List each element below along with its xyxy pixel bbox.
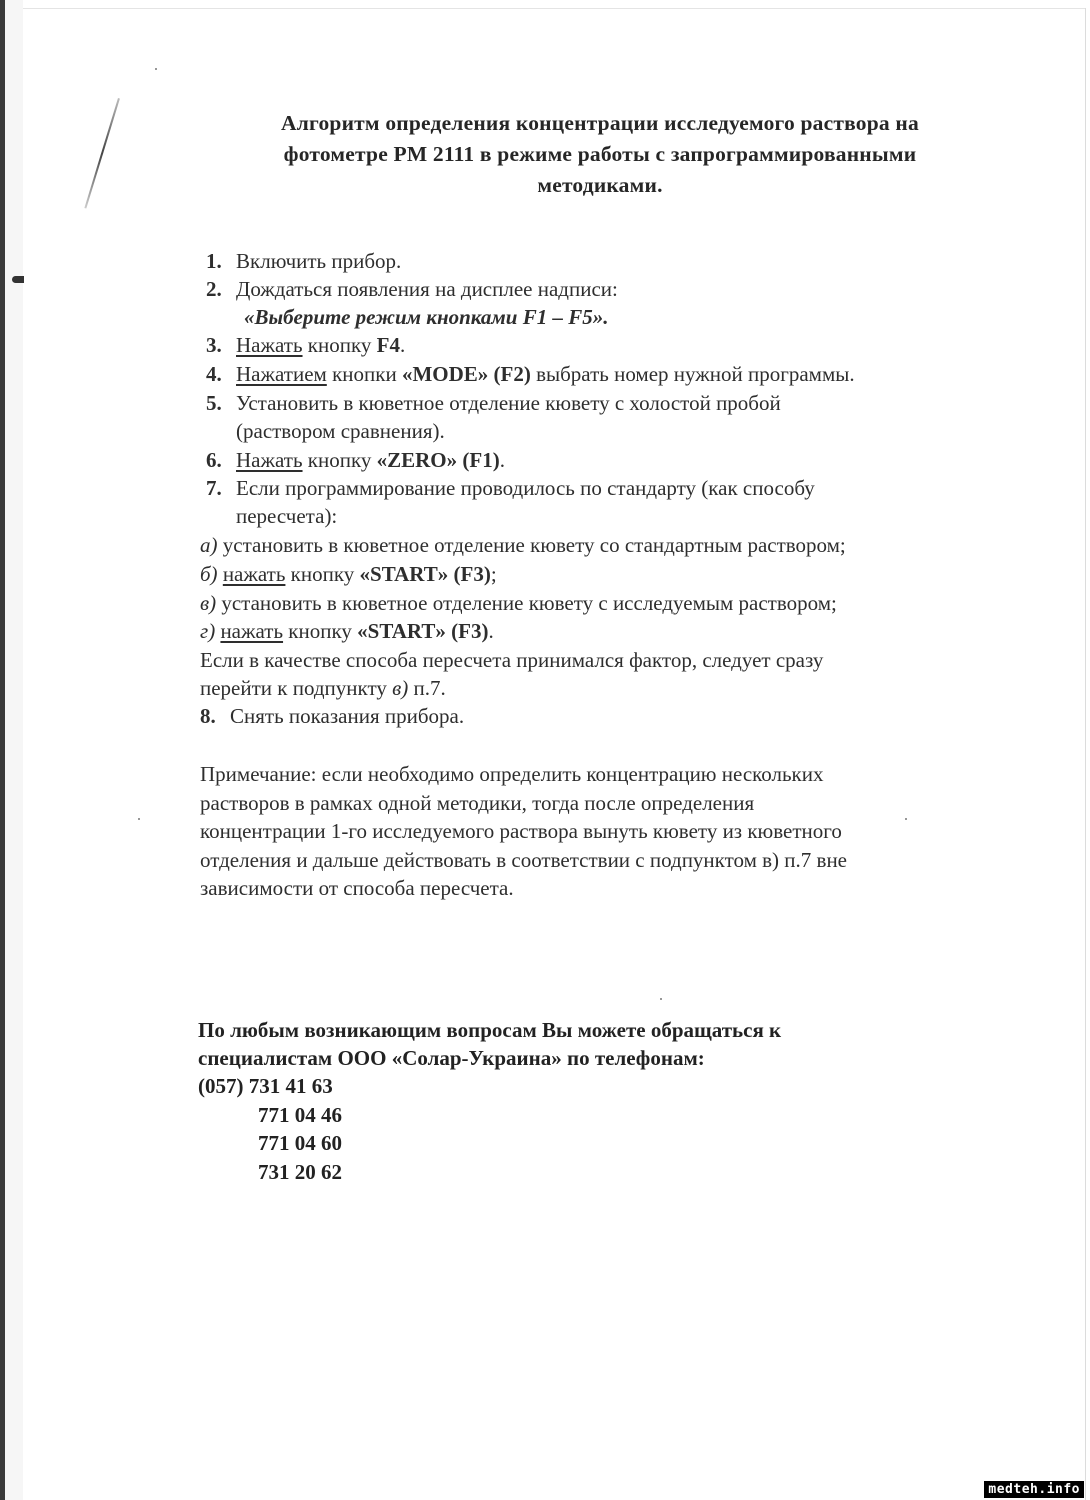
step-6: 6.Нажать кнопку «ZERO» (F1). bbox=[206, 446, 505, 474]
scan-speck bbox=[155, 68, 157, 70]
phone-number: (057) 731 41 63 bbox=[198, 1072, 333, 1101]
phone-number: 771 04 46 bbox=[258, 1101, 342, 1130]
display-message: «Выберите режим кнопками F1 – F5». bbox=[244, 303, 608, 331]
scan-speck bbox=[660, 998, 662, 1000]
substep-b: б) нажать кнопку «START» (F3); bbox=[200, 560, 497, 588]
scan-speck bbox=[138, 818, 140, 820]
step-3: 3.Нажать кнопку F4. bbox=[206, 331, 405, 359]
step-4: 4.Нажатием кнопки «MODE» (F2) выбрать но… bbox=[206, 360, 855, 388]
substep-g: г) нажать кнопку «START» (F3). bbox=[200, 617, 494, 645]
factor-note-line-2: перейти к подпункту в) п.7. bbox=[200, 674, 446, 702]
step-5: 5.Установить в кюветное отделение кювету… bbox=[206, 389, 781, 417]
key-label: F4 bbox=[377, 333, 400, 357]
substep-v: в) установить в кюветное отделение кювет… bbox=[200, 589, 837, 617]
step-2: 2.Дождаться появления на дисплее надписи… bbox=[206, 275, 618, 303]
key-label: «ZERO» (F1) bbox=[377, 448, 500, 472]
scan-right-border bbox=[1085, 8, 1086, 1500]
step-8: 8.Снять показания прибора. bbox=[200, 702, 464, 730]
step-5-continuation: (раствором сравнения). bbox=[236, 417, 445, 445]
key-label: «MODE» (F2) bbox=[402, 362, 531, 386]
substep-a: а) установить в кюветное отделение кювет… bbox=[200, 531, 846, 559]
remark-line: Примечание: если необходимо определить к… bbox=[200, 760, 824, 788]
phone-number: 731 20 62 bbox=[258, 1158, 342, 1187]
title-line: фотометре PM 2111 в режиме работы с запр… bbox=[200, 139, 1000, 170]
contact-line-1: По любым возникающим вопросам Вы можете … bbox=[198, 1016, 781, 1045]
document-title: Алгоритм определения концентрации исслед… bbox=[200, 108, 1000, 201]
scan-top-border bbox=[23, 8, 1086, 9]
title-line: Алгоритм определения концентрации исслед… bbox=[200, 108, 1000, 139]
scan-mark bbox=[12, 276, 24, 283]
contact-line-2: специалистам ООО «Солар-Украина» по теле… bbox=[198, 1044, 705, 1073]
key-label: «START» (F3) bbox=[360, 562, 491, 586]
pen-stroke-mark bbox=[84, 98, 119, 208]
site-watermark: medteh.info bbox=[984, 1481, 1084, 1498]
factor-note-line-1: Если в качестве способа пересчета приним… bbox=[200, 646, 823, 674]
remark-line: отделения и дальше действовать в соответ… bbox=[200, 846, 847, 874]
scan-left-shadow bbox=[5, 0, 23, 1500]
phone-number: 771 04 60 bbox=[258, 1129, 342, 1158]
step-7-continuation: пересчета): bbox=[236, 502, 337, 530]
remark-line: растворов в рамках одной методики, тогда… bbox=[200, 789, 754, 817]
scan-speck bbox=[905, 818, 907, 820]
remark-line: концентрации 1-го исследуемого раствора … bbox=[200, 817, 842, 845]
title-line: методиками. bbox=[200, 170, 1000, 201]
step-1: 1.Включить прибор. bbox=[206, 247, 401, 275]
key-label: «START» (F3) bbox=[357, 619, 488, 643]
remark-line: зависимости от способа пересчета. bbox=[200, 874, 514, 902]
step-7: 7.Если программирование проводилось по с… bbox=[206, 474, 815, 502]
